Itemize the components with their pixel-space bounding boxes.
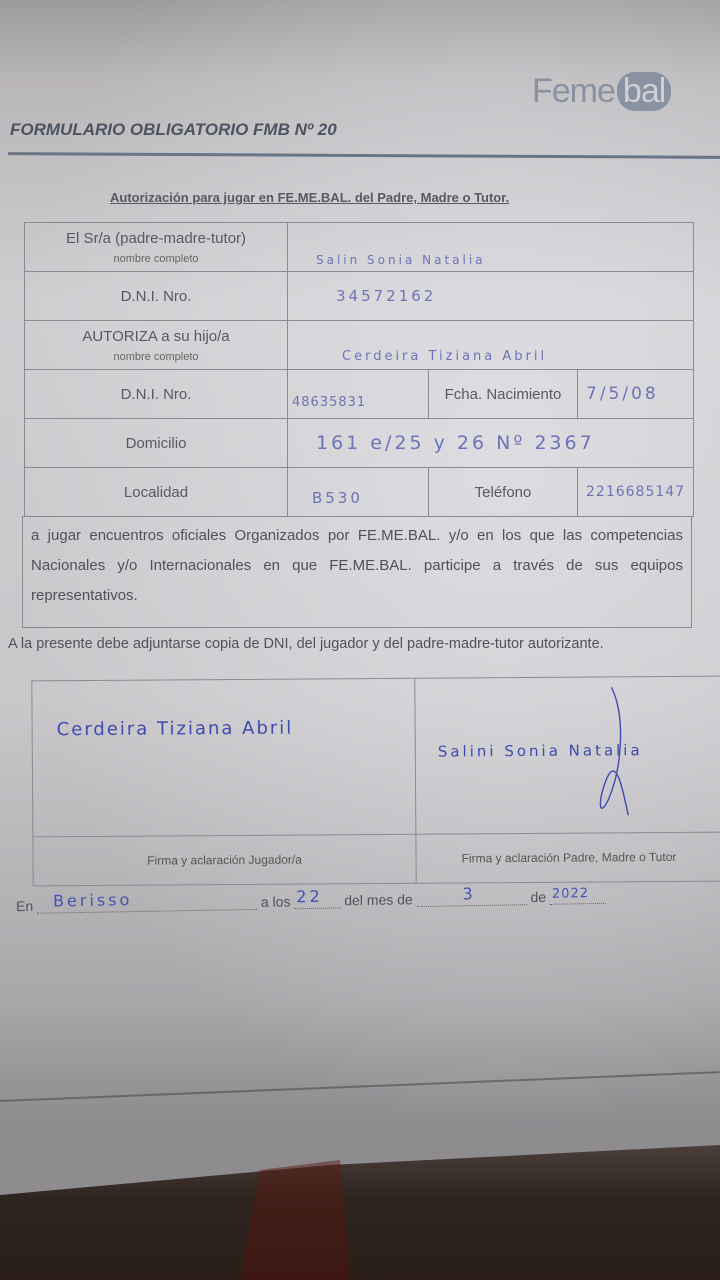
authorization-clause: a jugar encuentros oficiales Organizados… — [22, 516, 692, 628]
month-field[interactable]: 3 — [417, 890, 527, 907]
row-guardian-dni: D.N.I. Nro. 34572162 — [25, 272, 693, 321]
address-field[interactable]: 161 e/25 y 26 Nº 2367 — [288, 419, 693, 467]
authorization-table: El Sr/a (padre-madre-tutor) nombre compl… — [24, 222, 694, 517]
player-signature-caption: Firma y aclaración Jugador/a — [33, 834, 415, 886]
phone-value: 2216685147 — [586, 484, 685, 500]
guardian-name-field[interactable]: Salin Sonia Natalia — [288, 223, 693, 271]
place-date-line: En Berisso a los 22 del mes de 3 de 2022 — [16, 886, 716, 914]
phone-label: Teléfono — [429, 468, 578, 516]
logo-badge: bal — [617, 72, 671, 111]
locality-value: B530 — [292, 477, 363, 507]
month-label: del mes de — [344, 891, 413, 908]
birth-date-field[interactable]: 7/5/08 — [578, 370, 693, 418]
day-label: a los — [261, 893, 291, 910]
child-name-value: Cerdeira Tiziana Abril — [316, 327, 547, 364]
row-guardian-name: El Sr/a (padre-madre-tutor) nombre compl… — [25, 223, 693, 272]
femebal-logo: Femebal — [532, 72, 671, 111]
child-dni-label: D.N.I. Nro. — [25, 370, 288, 418]
player-signature-area[interactable]: Cerdeira Tiziana Abril Firma y aclaració… — [32, 679, 416, 886]
child-label-cell: AUTORIZA a su hijo/a nombre completo — [25, 321, 288, 369]
guardian-signature-area[interactable]: Salini Sonia Natalia Firma y aclaración … — [415, 677, 720, 883]
guardian-label: El Sr/a (padre-madre-tutor) — [66, 230, 246, 247]
guardian-name-value: Salin Sonia Natalia — [316, 227, 486, 267]
address-value: 161 e/25 y 26 Nº 2367 — [316, 432, 595, 454]
en-label: En — [16, 898, 33, 914]
row-child-name: AUTORIZA a su hijo/a nombre completo Cer… — [25, 321, 693, 370]
authorizes-label: AUTORIZA a su hijo/a — [82, 328, 229, 345]
birth-date-value: 7/5/08 — [586, 384, 659, 404]
signature-table: Cerdeira Tiziana Abril Firma y aclaració… — [31, 676, 720, 887]
address-label: Domicilio — [25, 419, 288, 467]
title-divider — [8, 152, 720, 159]
signature-scribble-icon — [591, 685, 632, 825]
attachment-note: A la presente debe adjuntarse copia de D… — [8, 636, 604, 652]
year-label: de — [530, 889, 546, 905]
place-value: Berisso — [53, 890, 133, 910]
form-title: FORMULARIO OBLIGATORIO FMB Nº 20 — [10, 120, 337, 140]
guardian-dni-value: 34572162 — [316, 287, 436, 305]
locality-field[interactable]: B530 — [288, 468, 429, 516]
guardian-dni-field[interactable]: 34572162 — [288, 272, 693, 320]
row-locality: Localidad B530 Teléfono 2216685147 — [25, 468, 693, 516]
day-value: 22 — [296, 887, 323, 906]
row-address: Domicilio 161 e/25 y 26 Nº 2367 — [25, 419, 693, 468]
guardian-label-cell: El Sr/a (padre-madre-tutor) nombre compl… — [25, 223, 288, 271]
form-subtitle: Autorización para jugar en FE.ME.BAL. de… — [110, 190, 509, 205]
table-surface — [0, 1145, 720, 1280]
row-child-dni: D.N.I. Nro. 48635831 Fcha. Nacimiento 7/… — [25, 370, 693, 419]
logo-text: Feme — [532, 72, 615, 110]
guardian-dni-label: D.N.I. Nro. — [25, 272, 288, 320]
paper-fold — [0, 1071, 719, 1102]
month-value: 3 — [462, 884, 476, 903]
guardian-signature-caption: Firma y aclaración Padre, Madre o Tutor — [416, 832, 720, 883]
child-dni-value: 48635831 — [292, 379, 366, 410]
year-field[interactable]: 2022 — [550, 889, 606, 905]
birth-date-label: Fcha. Nacimiento — [429, 370, 578, 418]
place-field[interactable]: Berisso — [37, 895, 257, 914]
child-dni-field[interactable]: 48635831 — [288, 370, 429, 418]
full-name-hint: nombre completo — [114, 253, 199, 265]
full-name-hint: nombre completo — [114, 351, 199, 363]
child-name-field[interactable]: Cerdeira Tiziana Abril — [288, 321, 693, 369]
player-signature: Cerdeira Tiziana Abril — [57, 718, 294, 741]
locality-label: Localidad — [25, 468, 288, 516]
day-field[interactable]: 22 — [294, 893, 340, 909]
year-value: 2022 — [552, 886, 589, 902]
phone-field[interactable]: 2216685147 — [578, 468, 693, 516]
